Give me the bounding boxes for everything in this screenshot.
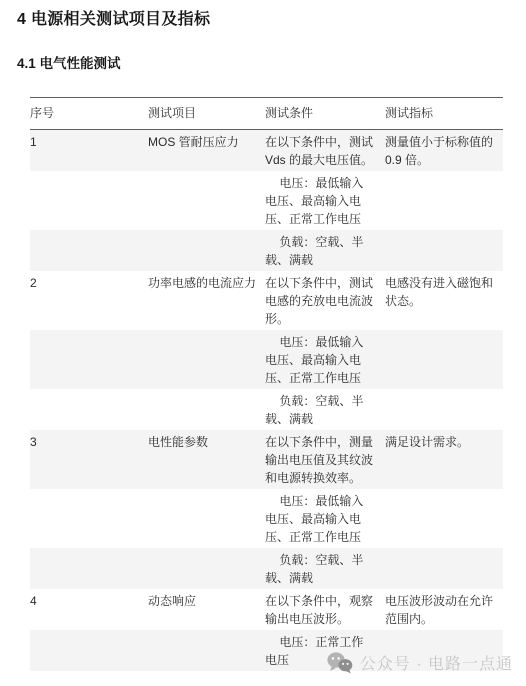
cell-condition: 电压：最低输入电压、最高输入电压、正常工作电压	[265, 171, 385, 230]
table-body: 1MOS 管耐压应力在以下条件中，测试 Vds 的最大电压值。测量值小于标称值的…	[30, 130, 503, 671]
test-items-table: 序号 测试项目 测试条件 测试指标 1MOS 管耐压应力在以下条件中，测试 Vd…	[30, 97, 503, 671]
cell-no	[30, 489, 148, 548]
cell-no: 2	[30, 271, 148, 330]
wechat-icon	[326, 651, 353, 674]
column-header-condition: 测试条件	[265, 98, 385, 129]
cell-no	[30, 230, 148, 271]
table-subcondition-row: 负载：空载、半载、满载	[30, 548, 503, 589]
column-header-no: 序号	[30, 98, 148, 129]
cell-no	[30, 330, 148, 389]
cell-item: MOS 管耐压应力	[148, 130, 265, 171]
cell-indicator	[385, 389, 503, 430]
table-subcondition-row: 电压：最低输入电压、最高输入电压、正常工作电压	[30, 489, 503, 548]
cell-no: 3	[30, 430, 148, 489]
cell-condition: 负载：空载、半载、满载	[265, 389, 385, 430]
table-subcondition-row: 负载：空载、半载、满载	[30, 389, 503, 430]
cell-item: 功率电感的电流应力	[148, 271, 265, 330]
cell-item	[148, 330, 265, 389]
cell-item	[148, 548, 265, 589]
cell-condition: 在以下条件中，观察输出电压波形。	[265, 589, 385, 630]
cell-item: 电性能参数	[148, 430, 265, 489]
cell-no	[30, 630, 148, 671]
cell-item	[148, 489, 265, 548]
cell-condition: 负载：空载、半载、满载	[265, 230, 385, 271]
watermark: 公众号 · 电路一点通	[326, 651, 513, 674]
table-row: 2功率电感的电流应力在以下条件中，测试电感的充放电电流波形。电感没有进入磁饱和状…	[30, 271, 503, 330]
cell-item: 动态响应	[148, 589, 265, 630]
cell-indicator	[385, 230, 503, 271]
document-page: 4 电源相关测试项目及指标 4.1 电气性能测试 序号 测试项目 测试条件 测试…	[0, 10, 526, 671]
cell-no: 1	[30, 130, 148, 171]
cell-condition: 在以下条件中，测量输出电压值及其纹波和电源转换效率。	[265, 430, 385, 489]
cell-no: 4	[30, 589, 148, 630]
table-row: 1MOS 管耐压应力在以下条件中，测试 Vds 的最大电压值。测量值小于标称值的…	[30, 130, 503, 171]
table-subcondition-row: 负载：空载、半载、满载	[30, 230, 503, 271]
table-row: 3电性能参数在以下条件中，测量输出电压值及其纹波和电源转换效率。满足设计需求。	[30, 430, 503, 489]
table-header-row: 序号 测试项目 测试条件 测试指标	[30, 98, 503, 130]
cell-condition: 负载：空载、半载、满载	[265, 548, 385, 589]
table-subcondition-row: 电压：最低输入电压、最高输入电压、正常工作电压	[30, 171, 503, 230]
table-subcondition-row: 电压：最低输入电压、最高输入电压、正常工作电压	[30, 330, 503, 389]
cell-indicator	[385, 171, 503, 230]
cell-item	[148, 171, 265, 230]
cell-indicator	[385, 489, 503, 548]
column-header-indicator: 测试指标	[385, 98, 503, 129]
cell-no	[30, 171, 148, 230]
cell-no	[30, 548, 148, 589]
cell-condition: 电压：最低输入电压、最高输入电压、正常工作电压	[265, 489, 385, 548]
column-header-item: 测试项目	[148, 98, 265, 129]
cell-condition: 电压：最低输入电压、最高输入电压、正常工作电压	[265, 330, 385, 389]
cell-condition: 在以下条件中，测试 Vds 的最大电压值。	[265, 130, 385, 171]
cell-indicator: 测量值小于标称值的 0.9 倍。	[385, 130, 503, 171]
cell-indicator: 电压波形波动在允许范围内。	[385, 589, 503, 630]
cell-no	[30, 389, 148, 430]
section-heading: 4 电源相关测试项目及指标	[17, 10, 509, 30]
cell-item	[148, 230, 265, 271]
cell-indicator	[385, 548, 503, 589]
table-row: 4动态响应在以下条件中，观察输出电压波形。电压波形波动在允许范围内。	[30, 589, 503, 630]
cell-indicator: 满足设计需求。	[385, 430, 503, 489]
cell-indicator: 电感没有进入磁饱和状态。	[385, 271, 503, 330]
cell-item	[148, 389, 265, 430]
cell-condition: 在以下条件中，测试电感的充放电电流波形。	[265, 271, 385, 330]
subsection-heading: 4.1 电气性能测试	[17, 55, 509, 72]
cell-item	[148, 630, 265, 671]
cell-indicator	[385, 330, 503, 389]
watermark-text: 公众号 · 电路一点通	[360, 651, 513, 674]
